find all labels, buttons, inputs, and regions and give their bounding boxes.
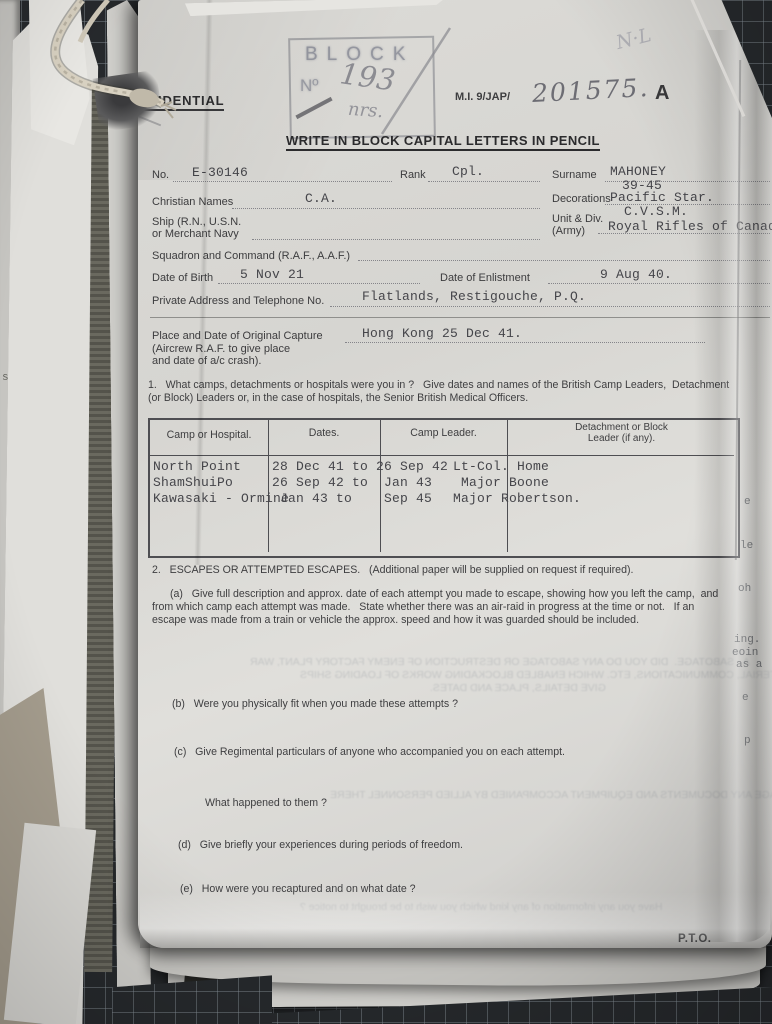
bleed-through-text: GIVE DETAILS, PLACE AND DATES. <box>430 682 606 694</box>
bleed-through-text: MATERIAL, COMMUNICATIONS, ETC. WHICH ENA… <box>300 669 772 681</box>
bleed-through-text: DID YOU DAMAGE ANY DOCUMENTS AND EQUIPME… <box>330 789 772 801</box>
edge-fragment: oh <box>738 583 751 595</box>
table-header-camp: Camp or Hospital. <box>150 429 268 441</box>
table-row-dates: 26 Sep 42 to Jan 43 <box>272 475 432 490</box>
stamp-no-label: Nº <box>300 76 319 96</box>
twine-string <box>20 0 200 140</box>
edge-fragment: p <box>744 735 751 747</box>
field-line <box>428 180 540 182</box>
pencil-stroke <box>368 22 463 142</box>
table-row-dates: 28 Dec 41 to 26 Sep 42 <box>272 459 448 474</box>
edge-fragment: e <box>744 496 751 508</box>
no-value: E-30146 <box>192 165 248 180</box>
surname-value: MAHONEY <box>610 164 666 179</box>
edge-fragment: e <box>742 692 749 704</box>
field-line <box>173 180 392 182</box>
table-header-rule <box>150 455 734 456</box>
christian-names-value: C.A. <box>305 191 337 206</box>
no-label: No. <box>152 169 169 181</box>
squadron-label: Squadron and Command (R.A.F., A.A.F.) <box>152 250 350 262</box>
unit-div-label-line2: (Army) <box>552 225 585 237</box>
capture-value: Hong Kong 25 Dec 41. <box>362 326 522 341</box>
capture-note-line2: and date of a/c crash). <box>152 355 261 367</box>
table-header-leader: Camp Leader. <box>380 427 507 439</box>
decorations-value-2: C.V.S.M. <box>624 204 688 219</box>
christian-names-label: Christian Names <box>152 196 233 208</box>
page-content: CONFIDENTIAL BLOCK Nº 193 nrs. M.I. 9/JA… <box>0 0 772 1024</box>
field-line <box>232 207 540 209</box>
field-line <box>330 305 770 307</box>
question2b: (b) Were you physically fit when you mad… <box>172 698 458 710</box>
table-header-dates: Dates. <box>268 427 380 439</box>
question2-heading: 2. ESCAPES OR ATTEMPTED ESCAPES. (Additi… <box>152 564 633 576</box>
table-header-detachment: Detachment or Block Leader (if any). <box>507 422 736 444</box>
table-row-leader: Lt-Col. Home <box>453 459 549 474</box>
capture-note-line1: (Aircrew R.A.F. to give place <box>152 343 290 355</box>
field-line <box>218 282 420 284</box>
table-col-rule-1 <box>268 420 269 552</box>
table-row-camp: Kawasaki - Ormine <box>153 491 289 506</box>
address-label: Private Address and Telephone No. <box>152 295 324 307</box>
ship-label-line1: Ship (R.N., U.S.N. <box>152 216 241 228</box>
enlistment-label: Date of Enlistment <box>440 272 530 284</box>
table-row-camp: North Point <box>153 459 241 474</box>
edge-fragment: le <box>740 540 753 552</box>
edge-fragment: ing. <box>734 634 760 646</box>
dob-value: 5 Nov 21 <box>240 267 304 282</box>
bleed-through-text: Have you any information of any kind whi… <box>300 901 662 913</box>
field-line <box>358 259 770 261</box>
question2a-line1: (a) Give full description and approx. da… <box>170 588 718 600</box>
address-value: Flatlands, Restigouche, P.Q. <box>362 289 586 304</box>
field-line <box>345 341 705 343</box>
unit-div-value: Royal Rifles of Canada. <box>608 219 772 234</box>
question2c: (c) Give Regimental particulars of anyon… <box>174 746 565 758</box>
question2e: (e) How were you recaptured and on what … <box>180 883 416 895</box>
decorations-label: Decorations <box>552 193 611 205</box>
enlistment-value: 9 Aug 40. <box>600 267 672 282</box>
decorations-value: Pacific Star. <box>610 190 714 205</box>
pto-label: P.T.O. <box>678 933 711 945</box>
question1-line1: 1. What camps, detachments or hospitals … <box>148 379 729 391</box>
edge-fragment: eoin <box>732 647 758 659</box>
table-row-leader: Major Boone <box>453 475 549 490</box>
unit-div-label-line1: Unit & Div. <box>552 213 603 225</box>
dob-label: Date of Birth <box>152 272 213 284</box>
question2a-line3: escape was made from a train or vehicle … <box>152 614 639 626</box>
question2a-line2: from which camp each attempt was made. S… <box>152 601 694 613</box>
mi9-ref-label: M.I. 9/JAP/ <box>455 91 510 103</box>
form-title: WRITE IN BLOCK CAPITAL LETTERS IN PENCIL <box>286 133 600 151</box>
field-line <box>548 282 770 284</box>
question2d: (d) Give briefly your experiences during… <box>178 839 463 851</box>
rank-label: Rank <box>400 169 426 181</box>
bleed-through-text: A. SABOTAGE. DID YOU DO ANY SABOTAGE OR … <box>250 656 750 668</box>
question2c-followup: What happened to them ? <box>205 797 327 809</box>
pencil-initials: N·L <box>614 24 654 54</box>
table-row-leader: Major Robertson. <box>453 491 581 506</box>
table-row-dates: Jan 43 to Sep 45 <box>272 491 432 506</box>
question1-line2: (or Block) Leaders or, in the case of ho… <box>148 392 528 404</box>
ship-label-line2: or Merchant Navy <box>152 228 239 240</box>
capture-label: Place and Date of Original Capture <box>152 330 323 342</box>
photo-of-pow-questionnaire: { "header": { "confidential": "CONFIDENT… <box>0 0 772 1024</box>
table-row-camp: ShamShuiPo <box>153 475 233 490</box>
series-letter: A <box>655 82 669 105</box>
section-divider <box>150 316 770 318</box>
mi9-ref-number-handwritten: 201575. <box>531 73 650 108</box>
edge-fragment: as a <box>736 659 762 671</box>
rank-value: Cpl. <box>452 164 484 179</box>
surname-label: Surname <box>552 169 597 181</box>
field-line <box>252 238 540 240</box>
